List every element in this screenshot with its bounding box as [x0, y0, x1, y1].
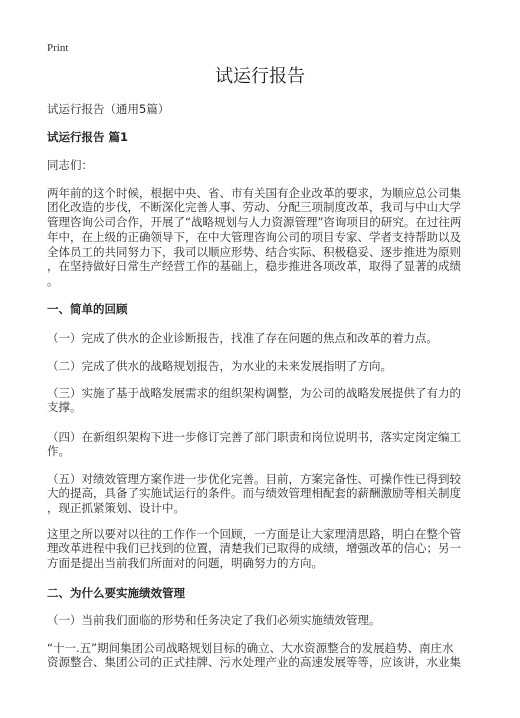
text-line: 全体员工的共同努力下，我司以顺应形势、结合实际、积极稳妥、逐步推进为原则	[47, 245, 487, 260]
text-line: “十一.五”期间集团公司战略规划目标的确立、大水资源整合的发展趋势、南庄水	[47, 641, 487, 656]
text-line: 。	[47, 274, 487, 289]
text-line: 两年前的这个时候，根据中央、省、市有关国有企业改革的要求，为顺应总公司集	[47, 186, 487, 201]
text-line: 理改革进程中我们已找到的位置，清楚我们已取得的成绩，增强改革的信心；另一	[47, 541, 487, 556]
section1-item-4: （四）在新组织架构下进一步修订完善了部门职责和岗位说明书，落实定岗定编工 作。	[47, 430, 487, 460]
text-line: （五）对绩效管理方案作进一步优化完善。目前，方案完备性、可操作性已得到较	[47, 472, 487, 487]
text-line: 大的提高，具备了实施试运行的条件。而与绩效管理相配套的薪酬激励等相关制度	[47, 486, 487, 501]
text-line: 支撑。	[47, 400, 487, 415]
section-heading-1: 一、简单的回顾	[47, 302, 487, 317]
section1-item-5: （五）对绩效管理方案作进一步优化完善。目前，方案完备性、可操作性已得到较 大的提…	[47, 472, 487, 516]
text-line: （三）实施了基于战略发展需求的组织架构调整，为公司的战略发展提供了有力的	[47, 386, 487, 401]
intro-paragraph: 两年前的这个时候，根据中央、省、市有关国有企业改革的要求，为顺应总公司集 团化改…	[47, 186, 487, 290]
section1-summary: 这里之所以要对以往的工作作一个回顾，一方面是让大家理清思路，明白在整个管 理改革…	[47, 527, 487, 571]
text-line: 作。	[47, 444, 487, 459]
article-heading: 试运行报告 篇1	[47, 130, 487, 145]
text-line: 管理咨询公司合作，开展了“战略规划与人力资源管理”咨询项目的研究。在过往两	[47, 215, 487, 230]
subtitle: 试运行报告（通用5篇）	[47, 102, 487, 117]
text-line: ，在坚持做好日常生产经营工作的基础上，稳步推进各项改革，取得了显著的成绩	[47, 259, 487, 274]
document-page: Print 试运行报告 试运行报告（通用5篇） 试运行报告 篇1 同志们： 两年…	[0, 0, 520, 718]
section1-item-1: （一）完成了供水的企业诊断报告，找准了存在问题的焦点和改革的着力点。	[47, 331, 487, 346]
text-line: 年中，在上级的正确领导下，在中大管理咨询公司的项目专家、学者支持帮助以及	[47, 230, 487, 245]
text-line: 这里之所以要对以往的工作作一个回顾，一方面是让大家理清思路，明白在整个管	[47, 527, 487, 542]
text-line: （二）完成了供水的战略规划报告，为水业的未来发展指明了方向。	[47, 359, 487, 374]
text-line: 资源整合、集团公司的正式挂牌、污水处理产业的高速发展等等，应该讲，水业集	[47, 655, 487, 670]
section2-item-1: （一）当前我们面临的形势和任务决定了我们必须实施绩效管理。	[47, 613, 487, 628]
print-link[interactable]: Print	[47, 41, 68, 55]
section1-item-3: （三）实施了基于战略发展需求的组织架构调整，为公司的战略发展提供了有力的 支撑。	[47, 386, 487, 416]
page-title: 试运行报告	[0, 66, 520, 88]
text-line: ，现正抓紧策划、设计中。	[47, 501, 487, 516]
section2-body: “十一.五”期间集团公司战略规划目标的确立、大水资源整合的发展趋势、南庄水 资源…	[47, 641, 487, 671]
text-line: 方面是提出当前我们所面对的问题，明确努力的方向。	[47, 556, 487, 571]
section-heading-2: 二、为什么要实施绩效管理	[47, 586, 487, 601]
text-line: （四）在新组织架构下进一步修订完善了部门职责和岗位说明书，落实定岗定编工	[47, 430, 487, 445]
greeting: 同志们：	[47, 158, 487, 173]
text-line: 团化改造的步伐，不断深化完善人事、劳动、分配三项制度改革，我司与中山大学	[47, 200, 487, 215]
section1-item-2: （二）完成了供水的战略规划报告，为水业的未来发展指明了方向。	[47, 359, 487, 374]
text-line: （一）完成了供水的企业诊断报告，找准了存在问题的焦点和改革的着力点。	[47, 331, 487, 346]
text-line: （一）当前我们面临的形势和任务决定了我们必须实施绩效管理。	[47, 613, 487, 628]
